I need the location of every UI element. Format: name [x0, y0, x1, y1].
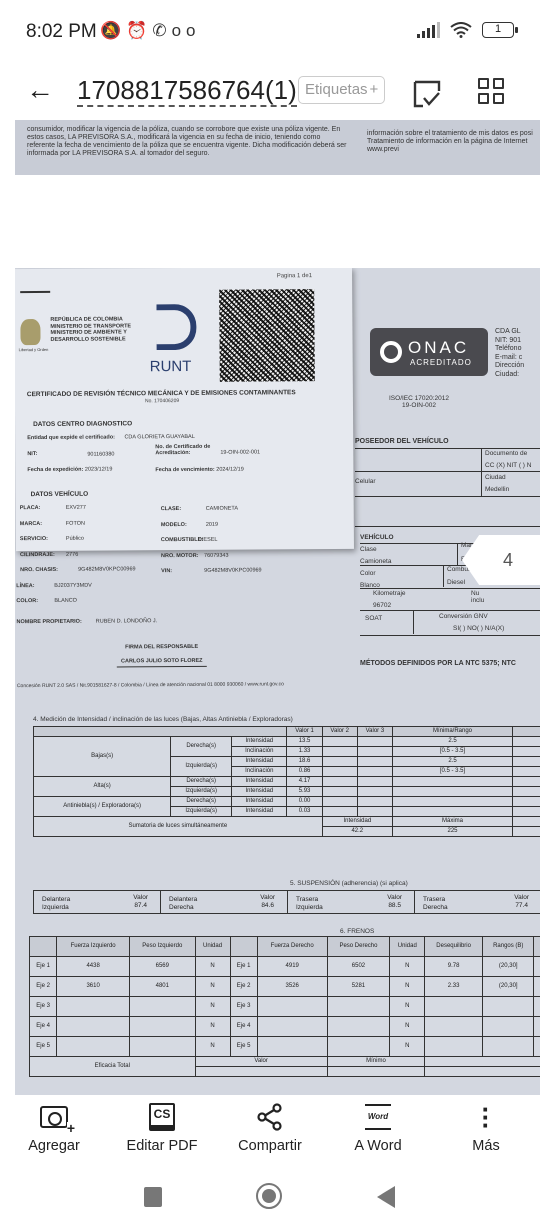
- more-button[interactable]: ···Más: [432, 1095, 540, 1165]
- edit-pdf-button[interactable]: CSEditar PDF: [108, 1095, 216, 1165]
- poseedor-header: POSEEDOR DEL VEHÍCULO: [355, 438, 449, 445]
- back-arrow-icon[interactable]: ←: [26, 76, 54, 104]
- frenos-header: Fuerza Derecho: [257, 937, 327, 957]
- vehicle-field: CILINDRAJE:: [20, 551, 55, 557]
- home-button[interactable]: [256, 1183, 282, 1209]
- table-row: Eje 3NEje 3N: [30, 997, 540, 1017]
- frenos-header: [30, 937, 57, 957]
- vehicle-field: LÍNEA:: [16, 583, 34, 589]
- table-row: Eje 236104801NEje 235265281N2.33(20,30]: [30, 977, 540, 997]
- suspension-cell: DelanteraDerechaValor84.6: [161, 891, 288, 913]
- vehicle-field: COMBUSTIBLE:: [161, 537, 203, 543]
- grid-view-icon[interactable]: [478, 78, 504, 104]
- frenos-header: Unidad: [390, 937, 425, 957]
- to-word-button[interactable]: WordA Word: [324, 1095, 432, 1165]
- certificate-title: CERTIFICADO DE REVISIÓN TÉCNICO MECÁNICA…: [27, 389, 347, 398]
- battery-icon: 1: [482, 22, 514, 38]
- suspension-table: DelanteraIzquierdaValor87.4DelanteraDere…: [33, 890, 540, 914]
- signal-icon: [417, 22, 440, 38]
- frenos-header: Unidad: [195, 937, 230, 957]
- luces-table: Valor 1Valor 2Valor 3Mínima/RangoBajas(s…: [33, 726, 540, 837]
- table-row: Alta(s)Derecha(s)Intensidad4.17: [34, 777, 540, 787]
- recents-button[interactable]: [144, 1187, 162, 1207]
- qr-code: [219, 289, 315, 382]
- status-bar: 8:02 PM 🔕⏰✆oo 1: [0, 0, 540, 64]
- app-header: ← 1708817586764(1) Etiquetas+: [0, 64, 540, 120]
- cda-info: CDA GLNIT: 901TeléfonoE-mail: cDirección…: [495, 328, 524, 379]
- tags-button[interactable]: Etiquetas+: [298, 76, 385, 104]
- share-button[interactable]: Compartir: [216, 1095, 324, 1165]
- privacy-text: información sobre el tratamiento de mis …: [367, 130, 540, 154]
- policy-text: consumidor, modificar la vigencia de la …: [27, 126, 347, 158]
- wifi-icon: [450, 22, 472, 38]
- vehicle-field: CLASE:: [161, 506, 182, 512]
- more-vert-icon: ···: [482, 1105, 491, 1129]
- vehicle-field: NRO. CHASIS:: [20, 567, 58, 573]
- system-nav-bar: [0, 1165, 540, 1230]
- coat-of-arms-icon: [20, 319, 40, 345]
- bottom-toolbar: Agregar CSEditar PDF Compartir WordA Wor…: [0, 1095, 540, 1165]
- alarm-icon: ⏰: [126, 21, 152, 40]
- frenos-header: [230, 937, 257, 957]
- notification-icons: 🔕⏰✆oo: [100, 21, 201, 41]
- vehicle-field: MODELO:: [161, 521, 187, 527]
- luces-header: Mínima/Rango: [393, 727, 513, 737]
- clock: 8:02 PM: [26, 21, 97, 43]
- frenos-header: Desequilibrio: [425, 937, 483, 957]
- frenos-header: Má: [534, 937, 540, 957]
- table-row: Antiniebla(s) / Exploradora(s)Derecha(s)…: [34, 797, 540, 807]
- word-icon: Word: [365, 1104, 391, 1130]
- document-title[interactable]: 1708817586764(1): [77, 76, 297, 107]
- luces-header: Valor 1: [287, 727, 322, 737]
- runt-logo-text: RUNT: [150, 358, 192, 375]
- voicemail-icon: oo: [172, 21, 201, 40]
- table-row: Eje 4NEje 4N: [30, 1017, 540, 1037]
- table-row: Eje 144386569NEje 149196502N9.78(20,30]: [30, 957, 540, 977]
- metodos-text: MÉTODOS DEFINIDOS POR LA NTC 5375; NTC: [360, 660, 516, 667]
- frenos-header: Fuerza Izquierdo: [57, 937, 130, 957]
- suspension-cell: TraseraIzquierdaValor88.5: [288, 891, 415, 913]
- onac-logo: ONACACREDITADO: [370, 328, 488, 376]
- frenos-header: Peso Izquierdo: [130, 937, 196, 957]
- luces-title: 4. Medición de Intensidad / inclinación …: [33, 716, 293, 723]
- table-row: Eje 5NEje 5N: [30, 1037, 540, 1057]
- vehicle-field: NRO. MOTOR:: [161, 552, 199, 558]
- back-button[interactable]: [377, 1186, 395, 1208]
- document-viewer[interactable]: consumidor, modificar la vigencia de la …: [0, 120, 540, 1095]
- frenos-table: Fuerza IzquierdoPeso IzquierdoUnidadFuer…: [29, 936, 540, 1077]
- mute-icon: 🔕: [100, 21, 126, 40]
- share-icon: [257, 1103, 283, 1131]
- table-row: Bajas(s)Derecha(s)Intensidad13.52.5: [34, 737, 540, 747]
- vehicle-field: VIN:: [161, 568, 172, 574]
- page-1-preview: consumidor, modificar la vigencia de la …: [15, 120, 540, 175]
- suspension-cell: TraseraDerechaValor77.4: [415, 891, 540, 913]
- runt-logo-icon: [156, 304, 196, 350]
- suspension-cell: DelanteraIzquierdaValor87.4: [34, 891, 161, 913]
- whatsapp-icon: ✆: [152, 21, 171, 40]
- ministry-text: REPÚBLICA DE COLOMBIAMINISTERIO DE TRANS…: [50, 316, 131, 343]
- frenos-header: Rangos (B): [483, 937, 534, 957]
- vehicle-field: MARCA:: [20, 520, 42, 526]
- frenos-header: Peso Derecho: [327, 937, 390, 957]
- add-button[interactable]: Agregar: [0, 1095, 108, 1165]
- runt-certificate: Pagina 1 de1 Libertad y Orden REPÚBLICA …: [15, 268, 354, 551]
- camera-add-icon: [40, 1106, 68, 1128]
- luces-header: Valor 2: [322, 727, 357, 737]
- vehicle-field: COLOR:: [16, 598, 38, 604]
- page-2-photo: ONACACREDITADO ISO/IEC 17020:201219-OIN-…: [15, 268, 540, 1095]
- suspension-title: 5. SUSPENSIÓN (adherencia) (si aplica): [290, 880, 408, 887]
- select-checkbox-icon[interactable]: [412, 79, 442, 109]
- vehicle-field: PLACA:: [20, 505, 41, 511]
- vehicle-field: SERVICIO:: [20, 536, 48, 542]
- frenos-title: 6. FRENOS: [340, 928, 374, 935]
- iso-label: ISO/IEC 17020:201219-OIN-002: [389, 395, 449, 409]
- luces-header: Valor 3: [357, 727, 392, 737]
- edit-pdf-icon: CS: [149, 1103, 175, 1131]
